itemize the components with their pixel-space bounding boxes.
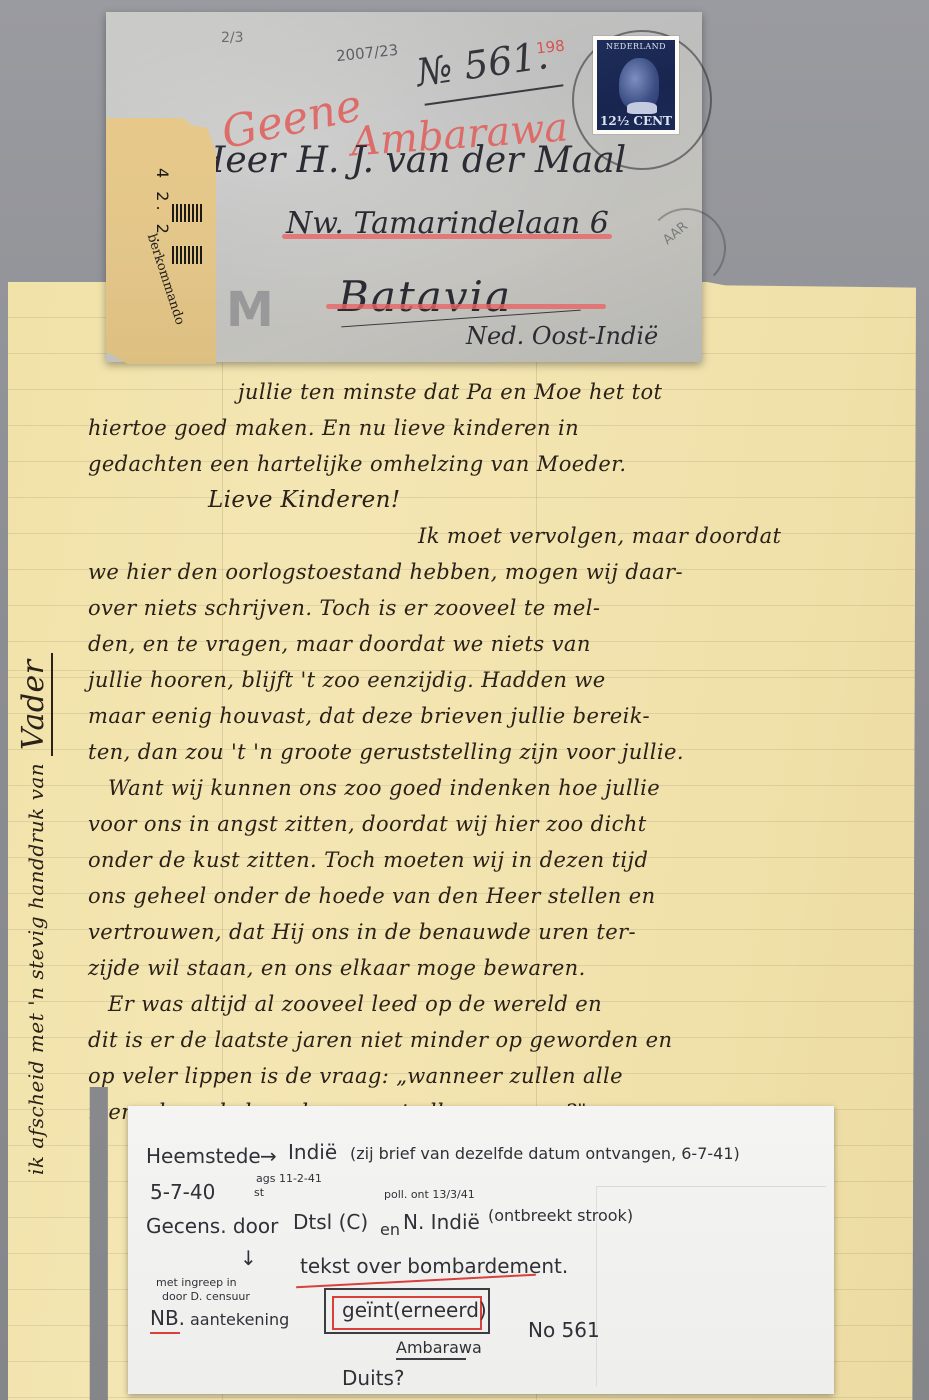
censor-superscript: poll. ont 13/3/41 — [384, 1188, 475, 1201]
cancellation-bars — [172, 204, 204, 222]
letter-line: over niets schrijven. Toch is er zooveel… — [88, 590, 908, 626]
recipient-name: Heer H. J. van der Maal — [194, 140, 626, 181]
letter-line: zijde wil staan, en ons elkaar moge bewa… — [88, 950, 908, 986]
intervention-line2: door D. censuur — [162, 1290, 250, 1303]
item-number-card: No 561 — [528, 1318, 600, 1342]
stamp-country: NEDERLAND — [597, 42, 675, 51]
letter-line: ten, dan zou 't 'n groote geruststelling… — [88, 734, 908, 770]
question-duits: Duits? — [342, 1366, 405, 1390]
letter-line: dit is er de laatste jaren niet minder o… — [88, 1022, 908, 1058]
letter-line: Er was altijd al zooveel leed op de were… — [88, 986, 908, 1022]
archive-note-card: Heemstede → Indië (zij brief van dezelfd… — [128, 1106, 834, 1394]
letter-line: jullie hooren, blijft 't zoo eenzijdig. … — [88, 662, 908, 698]
nb-label: NB. — [150, 1306, 185, 1330]
portrait-collar — [627, 102, 657, 114]
letter-body: jullie ten minste dat Pa en Moe het tot … — [88, 374, 908, 1130]
postage-stamp: NEDERLAND 12½ CENT — [593, 36, 679, 134]
ambarawa-note: Ambarawa — [396, 1338, 482, 1357]
letter-line: vertrouwen, dat Hij ons in de benauwde u… — [88, 914, 908, 950]
letter-line: Ik moet vervolgen, maar doordat — [88, 518, 908, 554]
item-number: № 561. — [414, 33, 551, 95]
censor-note: (ontbreekt strook) — [488, 1206, 633, 1225]
letter-line: den, en te vragen, maar doordat we niets… — [88, 626, 908, 662]
censor-connector: en — [380, 1220, 400, 1239]
signature: Vader — [16, 653, 53, 756]
margin-note-text: ik afscheid met 'n stevig handdruk van — [24, 763, 48, 1175]
item-number-red: 198 — [535, 37, 565, 58]
date-sent: 5-7-40 — [150, 1180, 215, 1204]
margin-note-vertical: ik afscheid met 'n stevig handdruk van V… — [16, 653, 51, 1175]
red-strikethrough — [326, 304, 606, 309]
stamp-value: 12½ CENT — [597, 114, 675, 128]
censor-destination: N. Indië — [403, 1210, 480, 1234]
censor-line-prefix: Gecens. door — [146, 1214, 278, 1238]
arrival-note: ags 11-2-41 — [256, 1172, 322, 1185]
letter-line: onder de kust zitten. Toch moeten wij in… — [88, 842, 908, 878]
letter-line: hiertoe goed maken. En nu lieve kinderen… — [88, 410, 908, 446]
letter-line: op veler lippen is de vraag: „wanneer zu… — [88, 1058, 908, 1094]
nb-text: aantekening — [190, 1310, 289, 1329]
archive-pencil-number: 2007/23 — [335, 41, 399, 65]
route-arrow-icon: → — [260, 1144, 277, 1168]
letter-salutation: Lieve Kinderen! — [88, 482, 908, 518]
censor-agency: Dtsl (C) — [293, 1210, 368, 1234]
intervention-line1: met ingreep in — [156, 1276, 237, 1289]
boxed-word-interned: geïnt(erneerd) — [342, 1298, 487, 1322]
route-from: Heemstede — [146, 1144, 261, 1168]
letter-line: gedachten een hartelijke omhelzing van M… — [88, 446, 908, 482]
letter-line: jullie ten minste dat Pa en Moe het tot — [88, 374, 908, 410]
letter-line: we hier den oorlogstoestand hebben, moge… — [88, 554, 908, 590]
same-date-note: (zij brief van dezelfde datum ontvangen,… — [350, 1144, 740, 1163]
red-underline — [150, 1332, 180, 1334]
stamp-face: NEDERLAND 12½ CENT — [597, 40, 675, 130]
letter-line: ons geheel onder de hoede van den Heer s… — [88, 878, 908, 914]
cancellation-bars — [172, 246, 204, 264]
pencil-mark: 2/3 — [221, 30, 244, 46]
recipient-city: Batavia — [338, 272, 512, 321]
down-arrow-icon: ↓ — [240, 1246, 257, 1270]
recipient-country: Ned. Oost-Indië — [466, 322, 658, 350]
censor-pencil-mark: M — [226, 282, 268, 338]
letter-line: voor ons in angst zitten, doordat wij hi… — [88, 806, 908, 842]
arrival-note-sub: st — [254, 1186, 264, 1199]
route-to: Indië — [288, 1140, 337, 1164]
red-strikethrough — [282, 234, 612, 239]
letter-line: Want wij kunnen ons zoo goed indenken ho… — [88, 770, 908, 806]
letter-line: maar eenig houvast, dat deze brieven jul… — [88, 698, 908, 734]
postmark-circle-secondary — [646, 208, 726, 288]
underline — [396, 1358, 466, 1360]
